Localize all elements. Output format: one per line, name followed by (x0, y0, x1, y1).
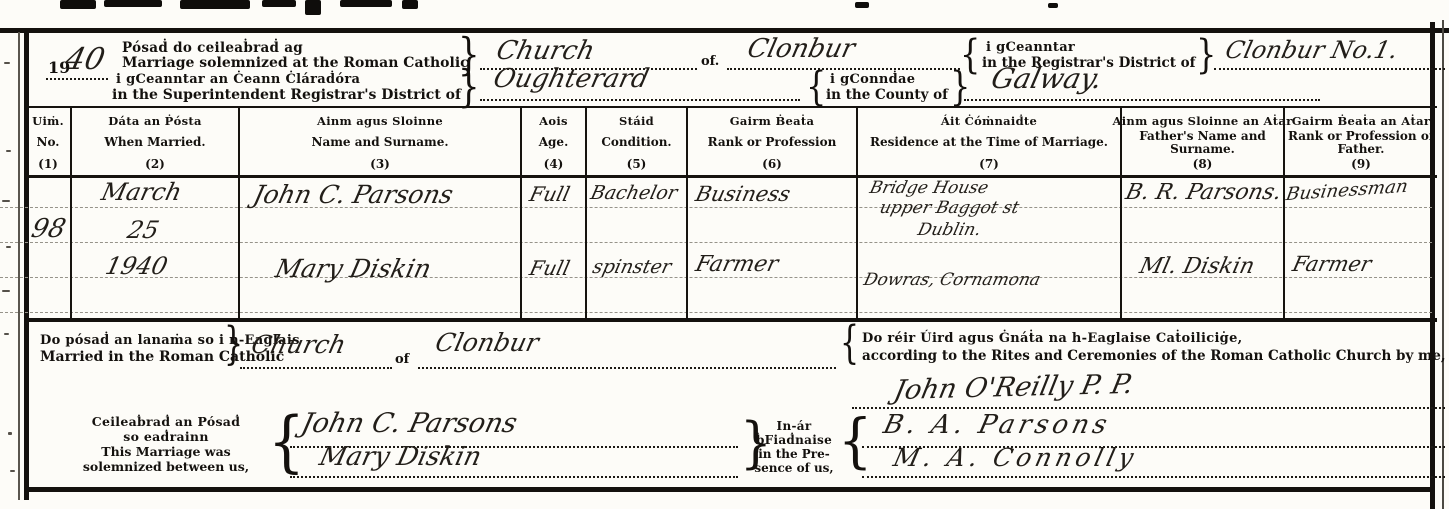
groom-residence-line1: Bridge House (868, 178, 991, 198)
page-top-cutoff-fragment (1048, 3, 1058, 8)
col-header-condition: Stáid Condition. (5) (587, 108, 688, 175)
col-header-irish: Gairm Ḃeaṫa (730, 115, 814, 127)
col-header-english: Residence at the Time of Marriage. (870, 136, 1108, 149)
county-irish: i gConnḋae (830, 72, 915, 87)
col-header-number: (1) (38, 158, 58, 170)
cell-residences: Bridge House upper Baggot st Dublin. Dow… (858, 178, 1122, 318)
church-entry-handwritten: Church (494, 36, 598, 66)
cell-no: 98 (26, 178, 72, 318)
page-top-cutoff-fragment (305, 0, 321, 15)
cell-professions: Business Farmer (688, 178, 858, 318)
col-header-english: Rank or Profession (708, 136, 837, 149)
county-entry: Galway. (988, 62, 1105, 95)
col-header-when-married: Dáta an Ṗósta When Married. (2) (72, 108, 240, 175)
footer-of-label: of (395, 352, 409, 367)
col-header-name-surname: Ainm agus Sloinne Name and Surname. (3) (240, 108, 522, 175)
col-header-number: (6) (762, 158, 782, 170)
col-header-number: (3) (370, 158, 390, 170)
col-header-irish: Ainm agus Sloinne an Aṫar (1113, 115, 1293, 127)
sheet-bottom-border (24, 487, 1435, 492)
groom-father-name: B. R. Parsons. (1123, 180, 1284, 205)
groom-condition: Bachelor (588, 182, 679, 204)
presence-english-line2: sence of us, (752, 461, 836, 475)
footer-church-dotted-line (240, 367, 392, 369)
page-top-cutoff-fragment (262, 0, 296, 7)
col-header-father-name: Ainm agus Sloinne an Aṫar Father's Name … (1122, 108, 1285, 175)
brace-icon: { (806, 66, 826, 106)
bride-condition: spinster (590, 256, 673, 278)
register-table-body: 98 March 25 1940 John C. Parsons Mary Di… (26, 178, 1437, 322)
witness1-signature: B. A. Parsons (881, 410, 1114, 440)
year-handwritten: 40 (62, 42, 108, 77)
bride-name: Mary Diskin (273, 254, 434, 283)
superintendent-district-english: in the Superintendent Registrar's Distri… (112, 87, 461, 103)
col-header-english: When Married. (104, 136, 205, 149)
col-header-irish: Uiṁ. (32, 115, 64, 127)
col-header-profession: Gairm Ḃeaṫa Rank or Profession (6) (688, 108, 858, 175)
col-header-english: Age. (539, 136, 569, 149)
solemnized-at-english: Marriage solemnized at the Roman Catholi… (122, 55, 469, 71)
scan-speck (6, 246, 11, 248)
solemnized-english-line2: solemnized between us, (66, 459, 266, 474)
page-top-cutoff-fragment (402, 0, 418, 9)
cell-ages: Full Full (522, 178, 587, 318)
in-presence-label: In-ár ḃFiaḋnaise in the Pre- sence of us… (752, 419, 836, 475)
col-header-number: (9) (1351, 158, 1371, 170)
registrars-district-dotted-line (1214, 68, 1445, 70)
cell-when-married: March 25 1940 (72, 178, 240, 318)
rites-irish: Do réir Úird agus Ġnáṫa na h-Eaglaise Ca… (862, 331, 1242, 346)
footer-place-entry: Clonbur (433, 328, 542, 357)
bride-age: Full (527, 256, 572, 280)
date-day: 25 (125, 216, 162, 244)
county-dotted-line (964, 99, 1320, 101)
presence-irish-line1: In-ár (752, 419, 836, 433)
col-header-english: Father's Name and Surname. (1124, 130, 1281, 156)
groom-signature: John C. Parsons (298, 408, 520, 439)
footer-church-entry: Church (249, 330, 349, 359)
bride-signature-line (290, 476, 738, 478)
registrars-district-entry: Clonbur No.1. (1223, 36, 1401, 64)
superintendent-district-entry: Oughterard (491, 64, 652, 94)
cell-names: John C. Parsons Mary Diskin (240, 178, 522, 318)
marriage-register-page: { "colors": { "ink": "#181512", "paper":… (0, 0, 1449, 509)
col-header-father-profession: Gairm Ḃeaṫa an Aṫar Rank or Profession o… (1285, 108, 1437, 175)
scan-speck (4, 333, 9, 335)
scan-speck (10, 470, 15, 472)
page-top-cutoff-fragment (180, 0, 250, 9)
married-in-english: Married in the Roman Catholic (40, 349, 284, 365)
scan-speck (4, 62, 10, 64)
groom-residence-line3: Dublin. (916, 220, 983, 240)
col-header-irish: Gairm Ḃeaṫa an Aṫar (1292, 115, 1430, 127)
col-header-number: (4) (544, 158, 564, 170)
scan-speck (2, 290, 10, 292)
bride-father-name: Ml. Diskin (1137, 254, 1257, 279)
superintendent-district-dotted-line (480, 99, 800, 101)
brace-icon: { (840, 322, 859, 367)
col-header-number: (8) (1193, 158, 1213, 170)
col-header-number: (7) (979, 158, 999, 170)
brace-icon: } (458, 65, 480, 109)
col-header-english: Rank or Profession of Father. (1287, 130, 1435, 156)
groom-name: John C. Parsons (251, 180, 456, 209)
col-header-number: (5) (627, 158, 647, 170)
county-english: in the County of (826, 87, 948, 103)
groom-age: Full (527, 182, 572, 206)
presence-irish-line2: ḃFiaḋnaise (752, 433, 836, 447)
groom-residence-line2: upper Baggot st (878, 198, 1021, 218)
col-header-english: Condition. (601, 136, 671, 149)
page-top-cutoff-fragment (855, 2, 869, 8)
sheet-left-outer-line (18, 32, 20, 500)
cell-conditions: Bachelor spinster (587, 178, 688, 318)
col-header-irish: Aois (539, 115, 568, 127)
witness2-signature: M. A. Connolly (891, 443, 1141, 472)
celebrant-signature-line (852, 407, 1445, 409)
footer-place-dotted-line (418, 367, 836, 369)
col-header-english: Name and Surname. (311, 136, 448, 149)
solemnized-irish-line1: Ceileaḃraḋ an Pósaḋ (66, 414, 266, 429)
sheet-top-border (0, 28, 1449, 33)
col-header-residence: Áit Ċóṁnaiḋte Residence at the Time of M… (858, 108, 1122, 175)
col-header-age: Aois Age. (4) (522, 108, 587, 175)
of-label: of. (701, 54, 719, 69)
bride-residence-line1: Dowras, Cornamona (862, 270, 1043, 290)
cell-father-professions: Businessman Farmer (1285, 178, 1437, 318)
cell-father-names: B. R. Parsons. Ml. Diskin (1122, 178, 1285, 318)
sheet-right-outer-line (1442, 20, 1444, 509)
brace-icon: { (268, 408, 305, 475)
scan-speck (2, 200, 10, 202)
year-dotted-line (46, 78, 108, 80)
bride-father-profession: Farmer (1290, 252, 1374, 276)
solemnized-at-irish: Pósaḋ do ceileaḃraḋ ag (122, 40, 303, 56)
col-header-irish: Stáid (619, 115, 654, 127)
page-top-cutoff-fragment (104, 0, 162, 7)
scan-speck (6, 150, 11, 152)
celebrant-signature: John O'Reilly P. P. (891, 369, 1136, 406)
solemnized-between-label: Ceileaḃraḋ an Pósaḋ so eaḋrainn This Mar… (66, 414, 266, 474)
page-top-cutoff-fragment (60, 0, 96, 9)
col-header-irish: Dáta an Ṗósta (108, 115, 201, 127)
solemnized-english-line1: This Marriage was (66, 444, 266, 459)
col-header-english: No. (37, 136, 60, 149)
brace-icon: { (838, 411, 872, 470)
scan-speck (8, 432, 12, 435)
col-header-irish: Ainm agus Sloinne (317, 115, 443, 127)
register-table-header: Uiṁ. No. (1) Dáta an Ṗósta When Married.… (26, 106, 1437, 178)
place-dotted-line (727, 68, 960, 70)
presence-english-line1: in the Pre- (752, 447, 836, 461)
place-entry-handwritten: Clonbur (745, 34, 858, 64)
entry-number: 98 (29, 214, 69, 244)
brace-icon: } (224, 323, 243, 368)
bride-profession: Farmer (693, 252, 781, 277)
page-top-cutoff-fragment (340, 0, 392, 7)
col-header-number: (2) (145, 158, 165, 170)
groom-profession: Business (693, 182, 793, 206)
col-header-irish: Áit Ċóṁnaiḋte (941, 115, 1037, 127)
bride-signature: Mary Diskin (317, 442, 485, 472)
date-year: 1940 (103, 252, 171, 280)
witness2-signature-line (862, 476, 1445, 478)
solemnized-irish-line2: so eaḋrainn (66, 429, 266, 444)
col-header-no: Uiṁ. No. (1) (26, 108, 72, 175)
date-month: March (99, 178, 185, 206)
superintendent-district-irish: i gCeanntar an Ċeann Ċláraḋóra (116, 72, 360, 87)
registrars-district-irish: i gCeanntar (986, 40, 1075, 55)
groom-father-profession: Businessman (1284, 176, 1409, 205)
rites-english: according to the Rites and Ceremonies of… (862, 348, 1446, 364)
